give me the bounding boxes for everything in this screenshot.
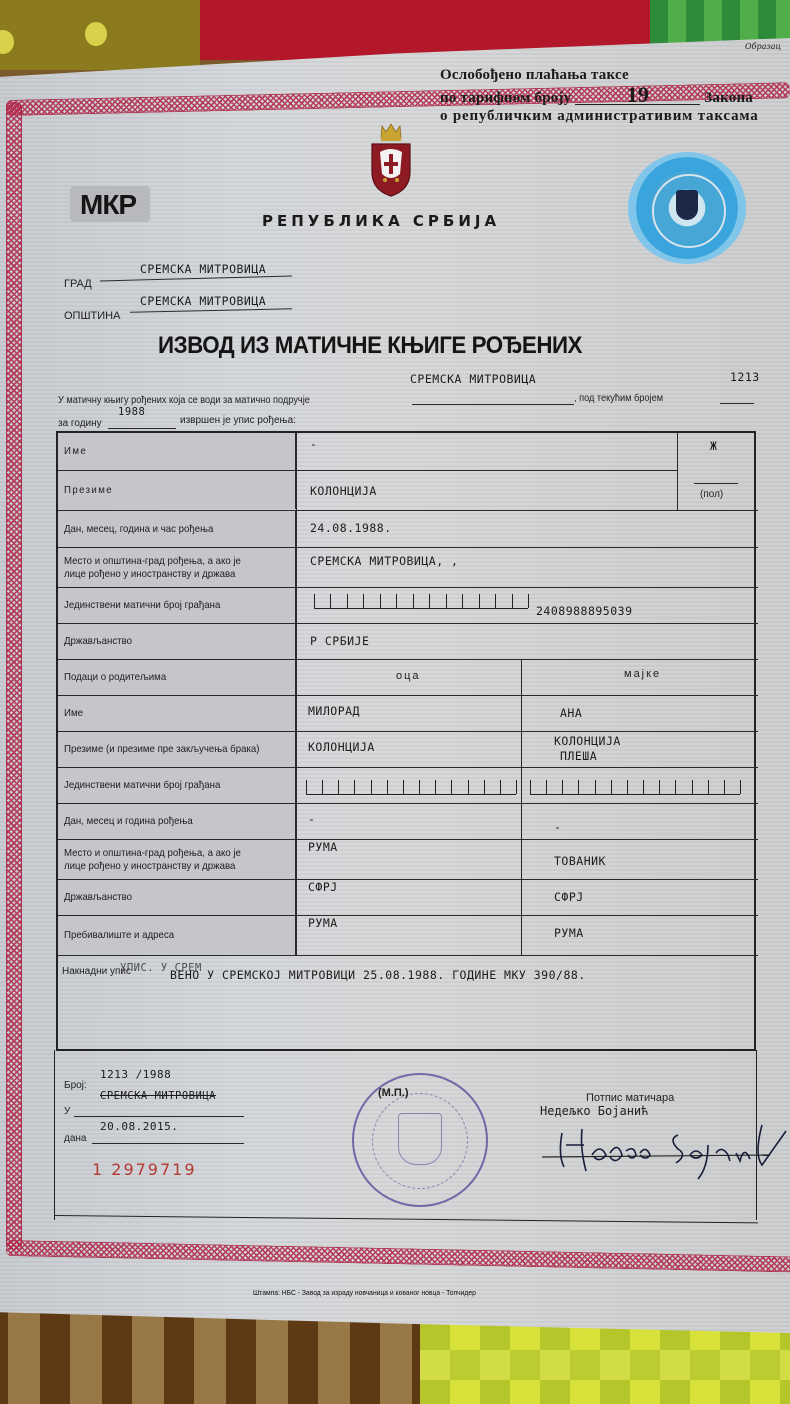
- parent-data-row: Јединствени матични број грађана: [58, 767, 758, 803]
- parent-data-row: ИмеМИЛОРАДАНА: [58, 695, 758, 731]
- father-value: -: [308, 812, 315, 826]
- father-value: СФРЈ: [308, 880, 338, 894]
- intro-text-4: извршен је упис рођења:: [180, 415, 296, 426]
- father-value: РУМА: [308, 916, 338, 930]
- mother-value-line: РУМА: [554, 926, 584, 941]
- parent-row-label: Презиме (и презиме пре закључења брака): [64, 743, 259, 756]
- tablecloth-dot: [85, 22, 107, 46]
- registry-area-underline: [412, 404, 574, 405]
- hologram-shield-icon: [676, 190, 698, 220]
- parent-row-label: Име: [64, 707, 83, 720]
- parent-row-label: Дан, месец и година рођења: [64, 815, 193, 828]
- child-name-value: -: [310, 437, 317, 451]
- child-jmbg-value: 2408988895039: [536, 604, 633, 618]
- tariff-number: 19: [575, 86, 700, 105]
- parent-row-label: лице рођено у иностранству и држава: [64, 860, 235, 873]
- city-label: ГРАД: [64, 278, 92, 290]
- mother-value-line: ПЛЕША: [554, 749, 621, 764]
- child-jmbg-row: Јединствени матични број грађана 2408988…: [58, 587, 758, 623]
- mother-value-line: -: [554, 820, 561, 835]
- birth-place-label-2: лице рођено у иностранству и држава: [64, 568, 235, 581]
- parent-data-row: ДржављанствоСФРЈСФРЈ: [58, 879, 758, 915]
- sex-underline: [694, 483, 738, 484]
- official-stamp-icon: [352, 1073, 488, 1207]
- place-label: У: [64, 1106, 70, 1117]
- notes-value: ВЕНО У СРЕМСКОЈ МИТРОВИЦИ 25.08.1988. ГО…: [170, 968, 586, 982]
- number-value: 1213 /1988: [100, 1068, 171, 1081]
- birth-date-value: 24.08.1988.: [310, 521, 392, 535]
- registry-area: СРЕМСКА МИТРОВИЦА: [410, 372, 536, 386]
- mother-jmbg-boxes: [530, 780, 740, 795]
- entry-number: 1213: [730, 370, 760, 384]
- number-label: Број:: [64, 1080, 87, 1091]
- birth-date-row: Дан, месец, година и час рођења 24.08.19…: [58, 510, 758, 547]
- birth-record-table: Име - Презиме КОЛОНЦИЈА Ж (пол) Дан, мес…: [56, 431, 756, 1051]
- father-value: КОЛОНЦИЈА: [308, 740, 375, 754]
- tablecloth-background: [0, 1310, 420, 1404]
- date-label: дана: [64, 1133, 86, 1144]
- parent-data-row: Презиме (и презиме пре закључења брака)К…: [58, 731, 758, 767]
- child-citizenship-label: Држављанство: [64, 635, 132, 648]
- child-citizenship-value: Р СРБИЈЕ: [310, 634, 369, 648]
- child-surname-row: Презиме КОЛОНЦИЈА: [58, 470, 678, 510]
- parent-row-label: Јединствени матични број грађана: [64, 779, 220, 792]
- sex-label: (пол): [700, 489, 723, 500]
- tax-exemption-line1: Ослобођено плаћања таксе: [440, 66, 629, 84]
- parent-data-row: Пребивалиште и адресаРУМАРУМА: [58, 915, 758, 955]
- mother-value-line: ТОВАНИК: [554, 854, 606, 869]
- intro-text-3: за годину: [58, 418, 102, 429]
- child-surname-label: Презиме: [64, 484, 113, 497]
- hologram-seal-icon: [628, 152, 746, 264]
- parent-row-label: Пребивалиште и адреса: [64, 929, 174, 942]
- date-value: 20.08.2015.: [100, 1120, 178, 1133]
- parent-data-row: Дан, месец и година рођења--: [58, 803, 758, 839]
- father-value: РУМА: [308, 840, 338, 854]
- parent-row-label: Место и општина-град рођења, а ако је: [64, 847, 241, 860]
- municipality-value: СРЕМСКА МИТРОВИЦА: [140, 294, 266, 308]
- birth-place-label-1: Место и општина-град рођења, а ако је: [64, 555, 241, 568]
- form-label: Образац: [745, 42, 781, 51]
- guilloche-border-left: [6, 102, 22, 1250]
- notes-row: Накнадни упис УПИС. У СРЕМ ВЕНО У СРЕМСК…: [58, 955, 758, 1053]
- mother-value: КОЛОНЦИЈАПЛЕША: [554, 734, 621, 764]
- document-title: ИЗВОД ИЗ МАТИЧНЕ КЊИГЕ РОЂЕНИХ: [158, 332, 582, 360]
- coat-of-arms-icon: [370, 120, 412, 198]
- municipality-label: ОПШТИНА: [64, 310, 120, 322]
- year-underline: [108, 428, 176, 429]
- father-column-header: оца: [396, 670, 421, 682]
- child-sex-value: Ж: [710, 439, 717, 453]
- serial-number: 1 2979719: [92, 1160, 197, 1179]
- mother-value-line: АНА: [560, 706, 582, 721]
- father-jmbg-boxes: [306, 780, 516, 795]
- father-value: МИЛОРАД: [308, 704, 360, 718]
- printer-line: Штампа: НБС - Завод за израду новчаница …: [253, 1288, 476, 1297]
- parents-header-label: Подаци о родитељима: [64, 671, 166, 684]
- mother-value: ТОВАНИК: [554, 854, 606, 869]
- intro-text-1: У матичну књигу рођених која се води за …: [58, 395, 310, 406]
- child-name-row: Име -: [58, 433, 678, 470]
- birth-date-label: Дан, месец, година и час рођења: [64, 523, 213, 536]
- signature-title: Потпис матичара: [586, 1092, 674, 1104]
- mother-value: АНА: [560, 706, 582, 721]
- birth-place-value: СРЕМСКА МИТРОВИЦА, ,: [310, 554, 458, 568]
- child-surname-value: КОЛОНЦИЈА: [310, 484, 377, 498]
- entry-number-underline: [720, 403, 754, 404]
- parents-header-row: Подаци о родитељима оца мајке: [58, 659, 758, 695]
- child-citizenship-row: Држављанство Р СРБИЈЕ: [58, 623, 758, 659]
- mother-value: -: [554, 820, 561, 835]
- mkp-label: МКР: [80, 189, 136, 221]
- tax-exemption-line2: по тарифном броју 19 Закона: [440, 86, 753, 107]
- child-name-label: Име: [64, 445, 87, 458]
- child-jmbg-boxes: [314, 594, 528, 609]
- handwritten-signature-icon: [540, 1115, 790, 1185]
- mother-value-line: СФРЈ: [554, 890, 584, 905]
- tablecloth-background: [420, 1320, 790, 1404]
- tax-exemption-line3: о републичким административим таксама: [440, 107, 759, 125]
- birth-place-row: Место и општина-град рођења, а ако је ли…: [58, 547, 758, 587]
- intro-text-2: , под текућим бројем: [574, 393, 663, 404]
- mother-value: СФРЈ: [554, 890, 584, 905]
- mother-value: РУМА: [554, 926, 584, 941]
- mother-value-line: КОЛОНЦИЈА: [554, 734, 621, 749]
- tax-prefix: по тарифном броју: [440, 90, 571, 106]
- stamp-label: (М.П.): [378, 1087, 409, 1099]
- year-value: 1988: [118, 406, 145, 418]
- tax-suffix: Закона: [704, 90, 753, 106]
- parent-data-row: Место и општина-град рођења, а ако јелиц…: [58, 839, 758, 879]
- parent-row-label: Држављанство: [64, 891, 132, 904]
- city-value: СРЕМСКА МИТРОВИЦА: [140, 262, 266, 276]
- country-name: РЕПУБЛИКА СРБИЈА: [262, 212, 500, 230]
- mother-column-header: мајке: [624, 668, 661, 680]
- child-jmbg-label: Јединствени матични број грађана: [64, 599, 220, 612]
- place-value: СРЕМСКА МИТРОВИЦА: [100, 1090, 216, 1102]
